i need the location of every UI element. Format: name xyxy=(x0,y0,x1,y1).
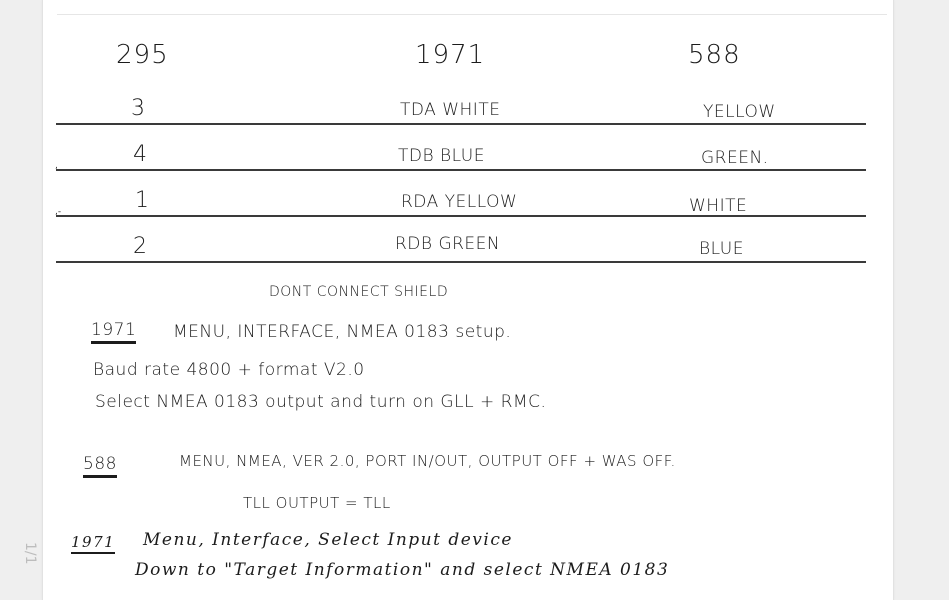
table-row-signal: RDB GREEN xyxy=(395,234,500,254)
note-line: Select NMEA 0183 output and turn on GLL … xyxy=(95,392,546,412)
page-top-edge xyxy=(57,14,887,15)
scanned-page: 295 1971 588 3 TDA WHITE YELLOW 4 TDB BL… xyxy=(42,0,894,600)
table-rule xyxy=(56,261,866,263)
table-rule xyxy=(56,215,866,217)
note-line: Baud rate 4800 + format V2.0 xyxy=(93,360,365,380)
table-row-signal: RDA YELLOW xyxy=(401,192,517,212)
note-line: TLL OUTPUT = TLL xyxy=(243,494,391,512)
page-marker: 1/1 xyxy=(22,542,38,565)
note-line: MENU, NMEA, VER 2.0, PORT IN/OUT, OUTPUT… xyxy=(179,452,676,470)
column-header-295: 295 xyxy=(116,40,169,70)
note-device-label: 588 xyxy=(83,454,117,478)
table-row-pin: 1 xyxy=(135,188,150,213)
column-header-1971: 1971 xyxy=(415,40,485,70)
table-row-color: WHITE xyxy=(689,196,747,216)
table-row-signal: TDA WHITE xyxy=(400,100,500,120)
note-device-label: 1971 xyxy=(91,320,136,344)
table-row-pin: 4 xyxy=(133,142,148,167)
table-row-pin: 3 xyxy=(131,96,146,121)
note-line: Menu, Interface, Select Input device xyxy=(143,530,513,550)
note-device-label: 1971 xyxy=(71,533,115,554)
table-rule xyxy=(56,123,866,125)
table-row-signal: TDB BLUE xyxy=(398,146,485,166)
note-line: MENU, INTERFACE, NMEA 0183 setup. xyxy=(173,322,511,342)
note-line: Down to "Target Information" and select … xyxy=(135,560,669,580)
table-row-pin: 2 xyxy=(133,234,148,259)
table-rule xyxy=(56,169,866,171)
table-row-color: GREEN. xyxy=(701,148,769,168)
shield-warning: DONT CONNECT SHIELD xyxy=(269,284,448,300)
table-row-color: YELLOW xyxy=(703,102,776,122)
column-header-588: 588 xyxy=(688,40,741,70)
table-row-color: BLUE xyxy=(699,239,744,259)
